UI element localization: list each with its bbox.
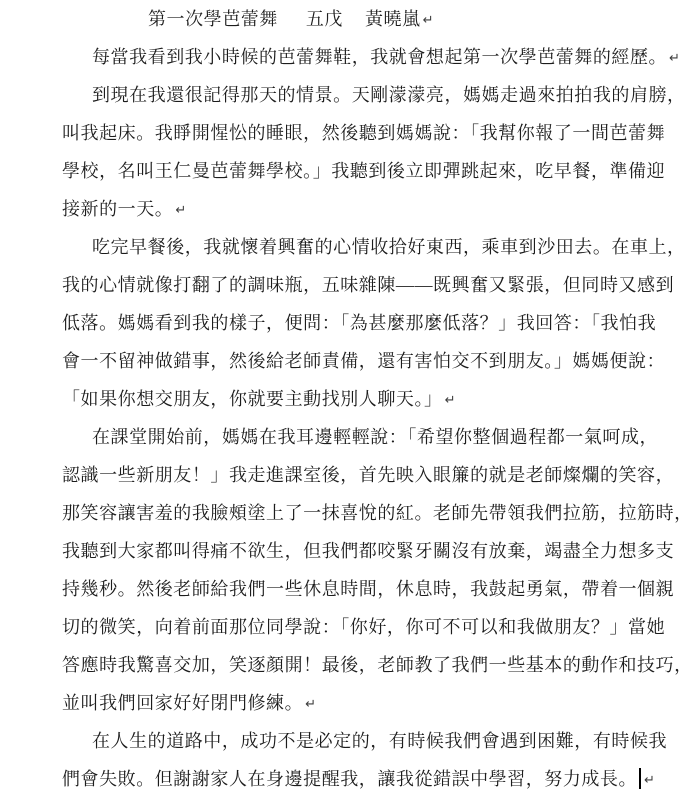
text-line-content: 我聽到大家都叫得痛不欲生，但我們都咬緊牙關沒有放棄，竭盡全力想多支 <box>62 541 674 561</box>
text-line[interactable]: 在課堂開始前，媽媽在我耳邊輕輕說：「希望你整個過程都一氣呵成， <box>62 418 680 456</box>
text-line-content: 學校，名叫王仁曼芭蕾舞學校。」我聽到後立即彈跳起來，吃早餐，準備迎 <box>62 161 665 181</box>
text-line-content: 認識一些新朋友！」我走進課室後，首先映入眼簾的就是老師燦爛的笑容， <box>62 465 674 485</box>
document-page[interactable]: 第一次學芭蕾舞五戊黃曉嵐↵ 每當我看到我小時候的芭蕾舞鞋，我就會想起第一次學芭蕾… <box>0 0 696 798</box>
text-line[interactable]: 並叫我們回家好好閉門修練。↵ <box>62 684 680 722</box>
text-line[interactable]: 認識一些新朋友！」我走進課室後，首先映入眼簾的就是老師燦爛的笑容， <box>62 456 680 494</box>
text-line-content: 「如果你想交朋友，你就要主動找別人聊天。」 <box>62 389 443 409</box>
text-line[interactable]: 叫我起床。我睜開惺忪的睡眼，然後聽到媽媽說：「我幫你報了一間芭蕾舞 <box>62 114 680 152</box>
text-line[interactable]: 那笑容讓害羞的我臉頰塗上了一抹喜悅的紅。老師先帶領我們拉筋，拉筋時， <box>62 494 680 532</box>
text-line[interactable]: 我的心情就像打翻了的調味瓶，五味雜陳——既興奮又緊張，但同時又感到 <box>62 266 680 304</box>
text-line-content: 我的心情就像打翻了的調味瓶，五味雜陳——既興奮又緊張，但同時又感到 <box>62 275 674 295</box>
text-line-content: 到現在我還很記得那天的情景。天剛濛濛亮，媽媽走過來拍拍我的肩膀， <box>92 85 686 105</box>
class-name: 五戊 <box>306 9 343 29</box>
text-line[interactable]: 切的微笑，向着前面那位同學說：「你好，你可不可以和我做朋友？」當她 <box>62 608 680 646</box>
text-line[interactable]: 我聽到大家都叫得痛不欲生，但我們都咬緊牙關沒有放棄，竭盡全力想多支 <box>62 532 680 570</box>
text-line[interactable]: 到現在我還很記得那天的情景。天剛濛濛亮，媽媽走過來拍拍我的肩膀， <box>62 76 680 114</box>
text-line[interactable]: 「如果你想交朋友，你就要主動找別人聊天。」↵ <box>62 380 680 418</box>
text-line[interactable]: 學校，名叫王仁曼芭蕾舞學校。」我聽到後立即彈跳起來，吃早餐，準備迎 <box>62 152 680 190</box>
text-line-content: 會一不留神做錯事，然後給老師責備，還有害怕交不到朋友。」媽媽便說： <box>62 351 665 371</box>
text-line-content: 並叫我們回家好好閉門修練。 <box>62 693 303 713</box>
paragraph-mark-icon: ↵ <box>175 203 186 218</box>
text-line-content: 叫我起床。我睜開惺忪的睡眼，然後聽到媽媽說：「我幫你報了一間芭蕾舞 <box>62 123 665 143</box>
text-line[interactable]: 們會失敗。但謝謝家人在身邊提醒我，讓我從錯誤中學習，努力成長。↵ <box>62 760 680 798</box>
text-line[interactable]: 會一不留神做錯事，然後給老師責備，還有害怕交不到朋友。」媽媽便說： <box>62 342 680 380</box>
paragraph-mark-icon: ↵ <box>644 773 655 788</box>
paragraph-mark-icon: ↵ <box>445 393 456 408</box>
paragraph-mark-icon: ↵ <box>669 51 680 66</box>
text-line-content: 接新的一天。 <box>62 199 173 219</box>
text-line-content: 持幾秒。然後老師給我們一些休息時間，休息時，我鼓起勇氣，帶着一個親 <box>62 579 674 599</box>
text-line[interactable]: 吃完早餐後，我就懷着興奮的心情收拾好東西，乘車到沙田去。在車上， <box>62 228 680 266</box>
document-title-line[interactable]: 第一次學芭蕾舞五戊黃曉嵐↵ <box>62 0 680 38</box>
text-line[interactable]: 持幾秒。然後老師給我們一些休息時間，休息時，我鼓起勇氣，帶着一個親 <box>62 570 680 608</box>
document-body[interactable]: 每當我看到我小時候的芭蕾舞鞋，我就會想起第一次學芭蕾舞的經歷。↵到現在我還很記得… <box>62 38 680 798</box>
text-cursor <box>639 768 641 789</box>
author-name: 黃曉嵐 <box>365 9 421 29</box>
text-line-content: 在人生的道路中，成功不是必定的，有時候我們會遇到困難，有時候我 <box>92 731 667 751</box>
text-line-content: 低落。媽媽看到我的樣子，便問：「為甚麼那麼低落？」我回答：「我怕我 <box>62 313 656 333</box>
text-line[interactable]: 在人生的道路中，成功不是必定的，有時候我們會遇到困難，有時候我 <box>62 722 680 760</box>
text-line-content: 那笑容讓害羞的我臉頰塗上了一抹喜悅的紅。老師先帶領我們拉筋，拉筋時， <box>62 503 693 523</box>
text-line-content: 每當我看到我小時候的芭蕾舞鞋，我就會想起第一次學芭蕾舞的經歷。 <box>92 47 667 67</box>
paragraph-mark-icon: ↵ <box>305 697 316 712</box>
text-line[interactable]: 接新的一天。↵ <box>62 190 680 228</box>
text-line-content: 在課堂開始前，媽媽在我耳邊輕輕說：「希望你整個過程都一氣呵成， <box>92 427 658 447</box>
text-line-content: 答應時我驚喜交加，笑逐顏開！最後，老師教了我們一些基本的動作和技巧， <box>62 655 693 675</box>
document-title: 第一次學芭蕾舞 <box>148 9 278 29</box>
text-line[interactable]: 每當我看到我小時候的芭蕾舞鞋，我就會想起第一次學芭蕾舞的經歷。↵ <box>62 38 680 76</box>
text-line-content: 們會失敗。但謝謝家人在身邊提醒我，讓我從錯誤中學習，努力成長。 <box>62 769 637 789</box>
text-line[interactable]: 低落。媽媽看到我的樣子，便問：「為甚麼那麼低落？」我回答：「我怕我 <box>62 304 680 342</box>
text-line[interactable]: 答應時我驚喜交加，笑逐顏開！最後，老師教了我們一些基本的動作和技巧， <box>62 646 680 684</box>
text-line-content: 吃完早餐後，我就懷着興奮的心情收拾好東西，乘車到沙田去。在車上， <box>92 237 686 257</box>
text-line-content: 切的微笑，向着前面那位同學說：「你好，你可不可以和我做朋友？」當她 <box>62 617 665 637</box>
paragraph-mark-icon: ↵ <box>423 13 434 28</box>
